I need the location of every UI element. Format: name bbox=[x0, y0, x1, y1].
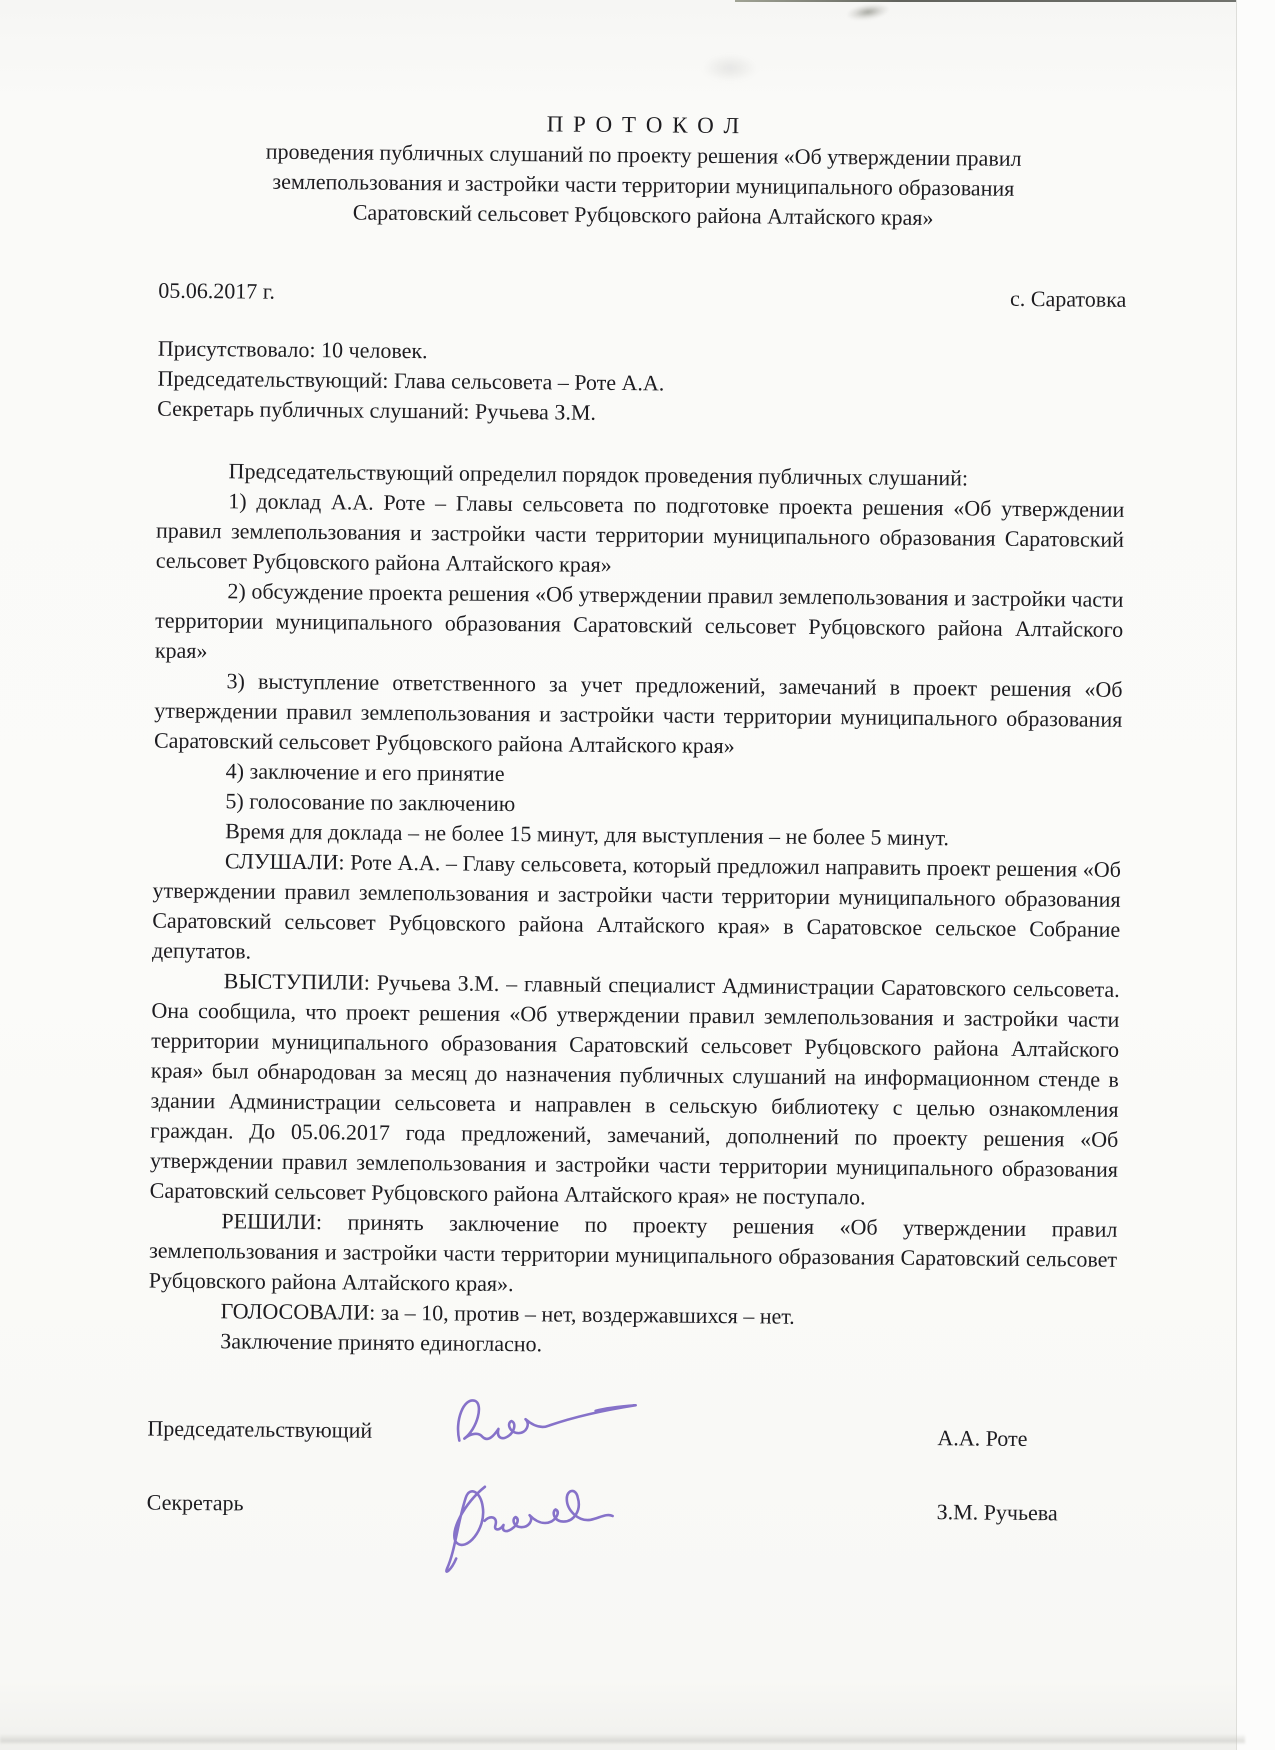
scanned-protocol-page: П Р О Т О К О Л проведения публичных слу… bbox=[0, 0, 1275, 1750]
paragraph: ВЫСТУПИЛИ: Ручьева З.М. – главный специа… bbox=[150, 966, 1120, 1215]
paper-right-edge bbox=[1236, 0, 1275, 1750]
paragraph: 2) обсуждение проекта решения «Об утверж… bbox=[155, 576, 1124, 675]
signature-block: Председательствующий А.А. Роте Секретарь… bbox=[146, 1414, 1115, 1563]
meta-block: Присутствовало: 10 человек. Председатель… bbox=[157, 334, 1126, 433]
rote-handwritten-signature-icon bbox=[447, 1390, 648, 1454]
document-subtitle: проведения публичных слушаний по проекту… bbox=[159, 136, 1128, 235]
document-place: с. Саратовка bbox=[1010, 284, 1127, 315]
paragraph: 1) доклад А.А. Роте – Главы сельсовета п… bbox=[156, 486, 1125, 585]
signature-row-secretary: Секретарь З.М. Ручьева bbox=[146, 1488, 1115, 1563]
signature-role-label: Председательствующий bbox=[147, 1414, 372, 1446]
paragraph: СЛУШАЛИ: Роте А.А. – Главу сельсовета, к… bbox=[152, 846, 1121, 975]
paragraph: РЕШИЛИ: принять заключение по проекту ре… bbox=[149, 1206, 1118, 1305]
signature-row-chairman: Председательствующий А.А. Роте bbox=[147, 1414, 1116, 1489]
document-date: 05.06.2017 г. bbox=[158, 276, 275, 307]
document-body: Председательствующий определил порядок п… bbox=[148, 456, 1125, 1365]
ruchyeva-handwritten-signature-icon bbox=[438, 1478, 629, 1584]
signature-name: А.А. Роте bbox=[937, 1423, 1027, 1454]
paper-bottom-edge bbox=[0, 1734, 1245, 1744]
scan-edge-line bbox=[735, 0, 1275, 2]
paragraph: 3) выступление ответственного за учет пр… bbox=[154, 666, 1123, 765]
signature-name: З.М. Ручьева bbox=[937, 1497, 1058, 1528]
date-place-row: 05.06.2017 г. с. Саратовка bbox=[158, 276, 1126, 315]
document-content: П Р О Т О К О Л проведения публичных слу… bbox=[146, 0, 1129, 1563]
signature-role-label: Секретарь bbox=[147, 1488, 244, 1519]
